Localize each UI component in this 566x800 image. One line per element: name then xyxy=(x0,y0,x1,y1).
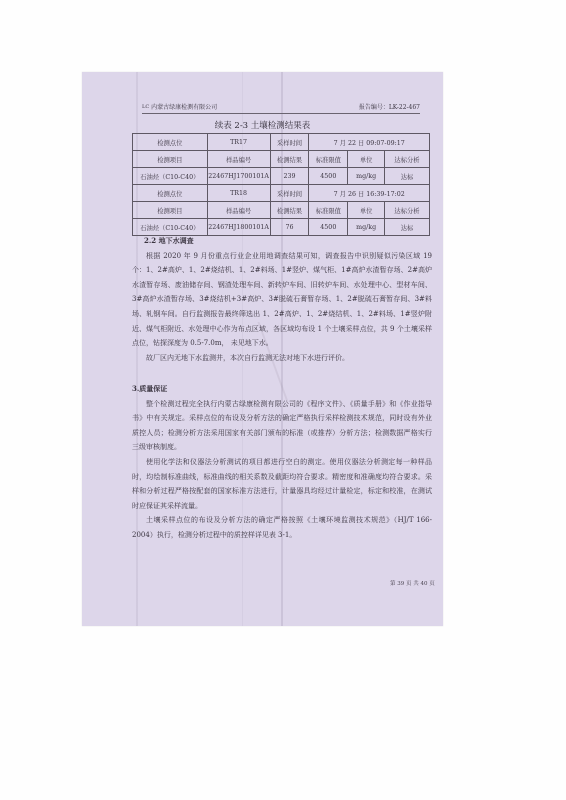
time-value: 7 月 26 日 16:39-17:02 xyxy=(309,185,430,202)
page-header: LC内蒙古绿康检测有限公司 报告编号：LK-22-467 xyxy=(142,103,420,114)
col-header: 样品编号 xyxy=(207,151,270,168)
col-header: 达标分析 xyxy=(385,151,430,168)
col-header: 标准限值 xyxy=(309,202,348,219)
cell: 达标 xyxy=(385,168,430,185)
col-header: 达标分析 xyxy=(385,202,430,219)
cell: 239 xyxy=(270,168,309,185)
company-name: LC内蒙古绿康检测有限公司 xyxy=(142,103,217,112)
cell: 4500 xyxy=(309,168,348,185)
section-groundwater: 2.2 地下水调查 根据 2020 年 9 月份重点行业企业用地调查结果可知，调… xyxy=(132,234,432,365)
col-header: 单位 xyxy=(348,202,385,219)
point-label: 检测点位 xyxy=(133,185,208,202)
cell: mg/kg xyxy=(348,168,385,185)
soil-results-table: 检测点位 TR17 采样时间 7 月 22 日 09:07-09:17 检测项目… xyxy=(132,133,430,236)
scanned-page: LC内蒙古绿康检测有限公司 报告编号：LK-22-467 续表 2-3 土壤检测… xyxy=(82,72,443,626)
table-row: 检测点位 TR18 采样时间 7 月 26 日 16:39-17:02 xyxy=(133,185,430,202)
col-header: 检测结果 xyxy=(270,151,309,168)
col-header: 样品编号 xyxy=(207,202,270,219)
paragraph: 使用化学法和仪器法分析测试的项目都进行空白的测定。使用仪器法分析测定每一种样品时… xyxy=(132,455,432,513)
report-number: 报告编号：LK-22-467 xyxy=(359,103,420,112)
point-label: 检测点位 xyxy=(133,134,208,151)
table-header-row: 检测项目 样品编号 检测结果 标准限值 单位 达标分析 xyxy=(133,202,430,219)
point-value: TR17 xyxy=(207,134,270,151)
cell: 4500 xyxy=(309,219,348,236)
table-row: 石油烃（C10-C40） 22467HJ1800101A 76 4500 mg/… xyxy=(133,219,430,236)
col-header: 检测结果 xyxy=(270,202,309,219)
company-logo-icon: LC xyxy=(142,104,149,110)
cell: 22467HJ1700101A xyxy=(207,168,270,185)
section-heading: 3.质量保证 xyxy=(132,382,432,397)
paragraph: 根据 2020 年 9 月份重点行业企业用地调查结果可知，调查报告中识别疑似污染… xyxy=(132,249,432,351)
paragraph: 整个检测过程完全执行内蒙古绿康检测有限公司的《程序文件》、《质量手册》和《作业指… xyxy=(132,397,432,455)
cell: 石油烃（C10-C40） xyxy=(133,219,208,236)
time-label: 采样时间 xyxy=(270,185,309,202)
time-label: 采样时间 xyxy=(270,134,309,151)
section-heading: 2.2 地下水调查 xyxy=(132,234,432,249)
time-value: 7 月 22 日 09:07-09:17 xyxy=(309,134,430,151)
cell: 石油烃（C10-C40） xyxy=(133,168,208,185)
cell: 达标 xyxy=(385,219,430,236)
page-number: 第 39 页 共 40 页 xyxy=(390,579,435,587)
table-header-row: 检测项目 样品编号 检测结果 标准限值 单位 达标分析 xyxy=(133,151,430,168)
section-quality-assurance: 3.质量保证 整个检测过程完全执行内蒙古绿康检测有限公司的《程序文件》、《质量手… xyxy=(132,382,432,543)
col-header: 检测项目 xyxy=(133,202,208,219)
col-header: 检测项目 xyxy=(133,151,208,168)
cell: mg/kg xyxy=(348,219,385,236)
point-value: TR18 xyxy=(207,185,270,202)
cell: 76 xyxy=(270,219,309,236)
col-header: 单位 xyxy=(348,151,385,168)
paragraph: 土壤采样点位的布设及分析方法的确定严格按照《土壤环境监测技术规范》（HJ/T 1… xyxy=(132,513,432,542)
table-row: 石油烃（C10-C40） 22467HJ1700101A 239 4500 mg… xyxy=(133,168,430,185)
col-header: 标准限值 xyxy=(309,151,348,168)
table-row: 检测点位 TR17 采样时间 7 月 22 日 09:07-09:17 xyxy=(133,134,430,151)
paragraph: 故厂区内无地下水监测井，本次自行监测无法对地下水进行评价。 xyxy=(132,351,432,366)
table-title: 续表 2-3 土壤检测结果表 xyxy=(82,120,443,132)
cell: 22467HJ1800101A xyxy=(207,219,270,236)
